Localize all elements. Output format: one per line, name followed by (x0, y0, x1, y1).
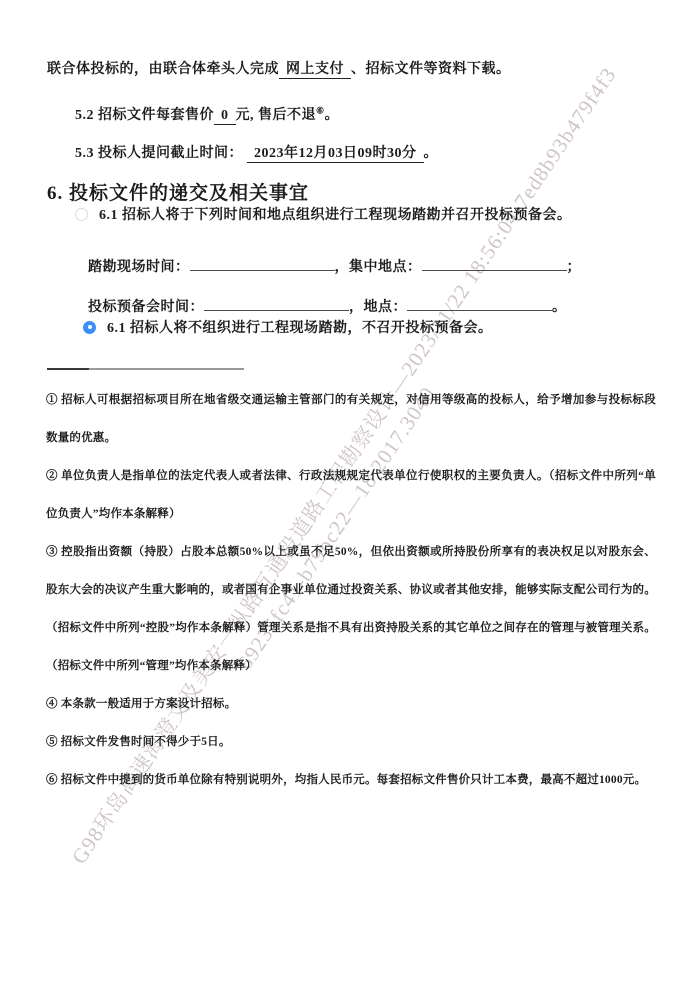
clause-5-3-label: 5.3 投标人提问截止时间： (75, 146, 243, 161)
clause-5-2-middle: 元, 售后不退 (236, 108, 317, 123)
question-deadline-value: 2023年12月03日09时30分 (247, 146, 424, 163)
clause-5-2-prefix: 5.2 招标文件每套售价 (75, 108, 214, 123)
pre-bid-meeting-time-blank-field (204, 297, 349, 311)
joint-bid-text-prefix: 联合体投标的，由联合体牵头人完成 (47, 62, 279, 77)
radio-selected-icon[interactable] (83, 321, 96, 334)
site-visit-time-label: 踏勘现场时间： (88, 260, 190, 275)
footnote-1: ① 招标人可根据招标项目所在地省级交通运输主管部门的有关规定，对信用等级高的投标… (46, 381, 656, 457)
pre-bid-meeting-place-label: ，地点： (349, 300, 407, 315)
section-6-heading: 6. 投标文件的递交及相关事宜 (47, 178, 309, 205)
pre-bid-meeting-place-blank-field (407, 297, 552, 311)
option-no-site-visit-label: 6.1 招标人将不组织进行工程现场踏勘，不召开投标预备会。 (107, 317, 493, 337)
footnote-3: ③ 控股指出资额（持股）占股本总额50%以上或虽不足50%，但依出资额或所持股份… (46, 533, 656, 685)
option-site-visit-label: 6.1 招标人将于下列时间和地点组织进行工程现场踏勘并召开投标预备会。 (99, 204, 572, 224)
online-payment-underlined-text: 网上支付 (279, 62, 351, 79)
site-visit-time-blank-field (190, 257, 335, 271)
footnotes-block: ① 招标人可根据招标项目所在地省级交通运输主管部门的有关规定，对信用等级高的投标… (46, 381, 656, 799)
pre-bid-meeting-row-end: 。 (552, 300, 567, 315)
document-page: G98环岛高速海澄文及美安一纵路互通段道路工程勘察设计—2023/11/22 1… (0, 0, 700, 989)
joint-bid-paragraph: 联合体投标的，由联合体牵头人完成网上支付、招标文件等资料下载。 (47, 58, 511, 78)
site-visit-time-row: 踏勘现场时间：，集中地点：； (88, 256, 581, 276)
site-visit-place-blank-field (422, 257, 567, 271)
clause-5-3-suffix: 。 (424, 146, 439, 161)
site-visit-place-label: ，集中地点： (335, 260, 422, 275)
document-price-value: 0 (214, 108, 236, 125)
pre-bid-meeting-row: 投标预备会时间：，地点：。 (88, 296, 567, 316)
footnote-5: ⑤ 招标文件发售时间不得少于5日。 (46, 723, 656, 761)
footnote-2: ② 单位负责人是指单位的法定代表人或者法律、行政法规规定代表单位行使职权的主要负… (46, 457, 656, 533)
footnote-6-reference: ⑥ (316, 105, 325, 115)
joint-bid-text-suffix: 、招标文件等资料下载。 (351, 62, 511, 77)
option-site-visit[interactable]: 6.1 招标人将于下列时间和地点组织进行工程现场踏勘并召开投标预备会。 (75, 204, 572, 224)
site-visit-row-end: ； (567, 260, 582, 275)
clause-5-2: 5.2 招标文件每套售价0元, 售后不退⑥。 (75, 104, 339, 124)
footnote-separator-line (47, 368, 244, 370)
clause-5-3: 5.3 投标人提问截止时间： 2023年12月03日09时30分。 (75, 142, 438, 162)
footnote-4: ④ 本条款一般适用于方案设计招标。 (46, 685, 656, 723)
option-no-site-visit[interactable]: 6.1 招标人将不组织进行工程现场踏勘，不召开投标预备会。 (83, 317, 493, 337)
clause-5-2-suffix: 。 (325, 108, 340, 123)
radio-unselected-icon[interactable] (75, 208, 88, 221)
pre-bid-meeting-time-label: 投标预备会时间： (88, 300, 204, 315)
footnote-6: ⑥ 招标文件中提到的货币单位除有特别说明外，均指人民币元。每套招标文件售价只计工… (46, 761, 656, 799)
